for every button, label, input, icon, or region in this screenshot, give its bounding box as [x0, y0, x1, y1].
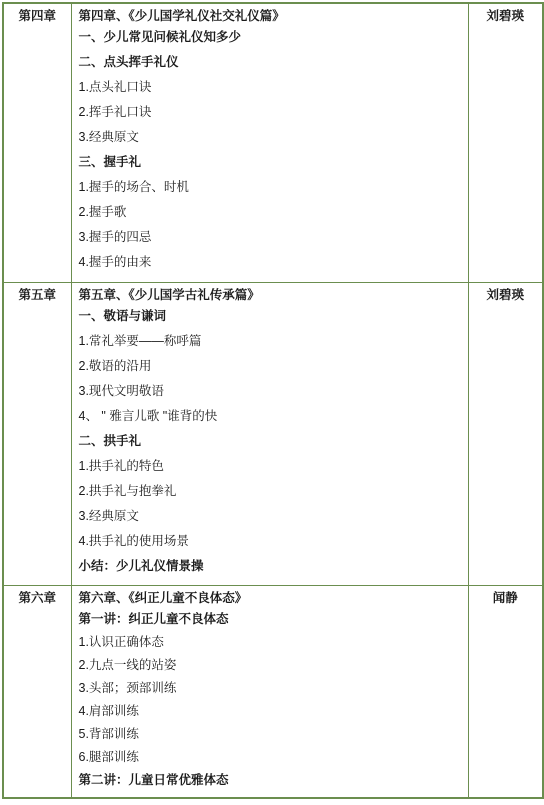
content-line: 1.拱手礼的特色	[79, 460, 461, 473]
section-title-line: 第五章、《少儿国学古礼传承篇》	[79, 289, 461, 302]
content-line: 4.拱手礼的使用场景	[79, 535, 461, 548]
content-line: 2.挥手礼口诀	[79, 106, 461, 119]
content-line: 3.现代文明敬语	[79, 385, 461, 398]
chapter-label: 第五章	[11, 289, 64, 302]
content-line: 6.腿部训练	[79, 751, 461, 764]
instructor-cell: 刘碧瑛	[468, 282, 543, 585]
content-cell: 第四章、《少儿国学礼仪社交礼仪篇》一、少儿常见问候礼仪知多少二、点头挥手礼仪1.…	[71, 3, 468, 282]
section-header-line: 小结：少儿礼仪情景操	[79, 560, 461, 573]
content-line: 1.常礼举要——称呼篇	[79, 335, 461, 348]
section-header-line: 一、少儿常见问候礼仪知多少	[79, 31, 461, 44]
instructor-name: 刘碧瑛	[476, 289, 536, 302]
content-cell: 第五章、《少儿国学古礼传承篇》一、敬语与谦词1.常礼举要——称呼篇2.敬语的沿用…	[71, 282, 468, 585]
instructor-name: 闻静	[476, 592, 536, 605]
table-row: 第五章第五章、《少儿国学古礼传承篇》一、敬语与谦词1.常礼举要——称呼篇2.敬语…	[3, 282, 543, 585]
content-line: 2.握手歌	[79, 206, 461, 219]
document-page: 第四章第四章、《少儿国学礼仪社交礼仪篇》一、少儿常见问候礼仪知多少二、点头挥手礼…	[0, 0, 544, 805]
content-line: 4.握手的由来	[79, 256, 461, 269]
content-line: 2.九点一线的站姿	[79, 659, 461, 672]
section-title-line: 第六章、《纠正儿童不良体态》	[79, 592, 461, 605]
content-cell: 第六章、《纠正儿童不良体态》第一讲：纠正儿童不良体态1.认识正确体态2.九点一线…	[71, 585, 468, 798]
section-header-line: 第一讲：纠正儿童不良体态	[79, 613, 461, 626]
section-title-line: 第四章、《少儿国学礼仪社交礼仪篇》	[79, 10, 461, 23]
content-line: 3.经典原文	[79, 510, 461, 523]
chapter-cell: 第六章	[3, 585, 71, 798]
table-row: 第六章第六章、《纠正儿童不良体态》第一讲：纠正儿童不良体态1.认识正确体态2.九…	[3, 585, 543, 798]
content-line: 3.经典原文	[79, 131, 461, 144]
section-header-line: 三、握手礼	[79, 156, 461, 169]
section-header-line: 一、敬语与谦词	[79, 310, 461, 323]
section-header-line: 二、拱手礼	[79, 435, 461, 448]
content-line: 1.握手的场合、时机	[79, 181, 461, 194]
table-row: 第四章第四章、《少儿国学礼仪社交礼仪篇》一、少儿常见问候礼仪知多少二、点头挥手礼…	[3, 3, 543, 282]
instructor-cell: 刘碧瑛	[468, 3, 543, 282]
section-header-line: 第二讲：儿童日常优雅体态	[79, 774, 461, 787]
content-line: 3.握手的四忌	[79, 231, 461, 244]
chapter-label: 第四章	[11, 10, 64, 23]
content-line: 1.认识正确体态	[79, 636, 461, 649]
content-line: 4、 " 雅言儿歌 "谁背的快	[79, 410, 461, 423]
chapter-label: 第六章	[11, 592, 64, 605]
instructor-name: 刘碧瑛	[476, 10, 536, 23]
content-line: 3.头部；颈部训练	[79, 682, 461, 695]
section-header-line: 二、点头挥手礼仪	[79, 56, 461, 69]
content-line: 2.拱手礼与抱拳礼	[79, 485, 461, 498]
course-outline-table: 第四章第四章、《少儿国学礼仪社交礼仪篇》一、少儿常见问候礼仪知多少二、点头挥手礼…	[2, 2, 544, 799]
instructor-cell: 闻静	[468, 585, 543, 798]
content-line: 4.肩部训练	[79, 705, 461, 718]
content-line: 2.敬语的沿用	[79, 360, 461, 373]
content-line: 5.背部训练	[79, 728, 461, 741]
chapter-cell: 第四章	[3, 3, 71, 282]
content-line: 1.点头礼口诀	[79, 81, 461, 94]
course-table-body: 第四章第四章、《少儿国学礼仪社交礼仪篇》一、少儿常见问候礼仪知多少二、点头挥手礼…	[3, 3, 543, 798]
chapter-cell: 第五章	[3, 282, 71, 585]
